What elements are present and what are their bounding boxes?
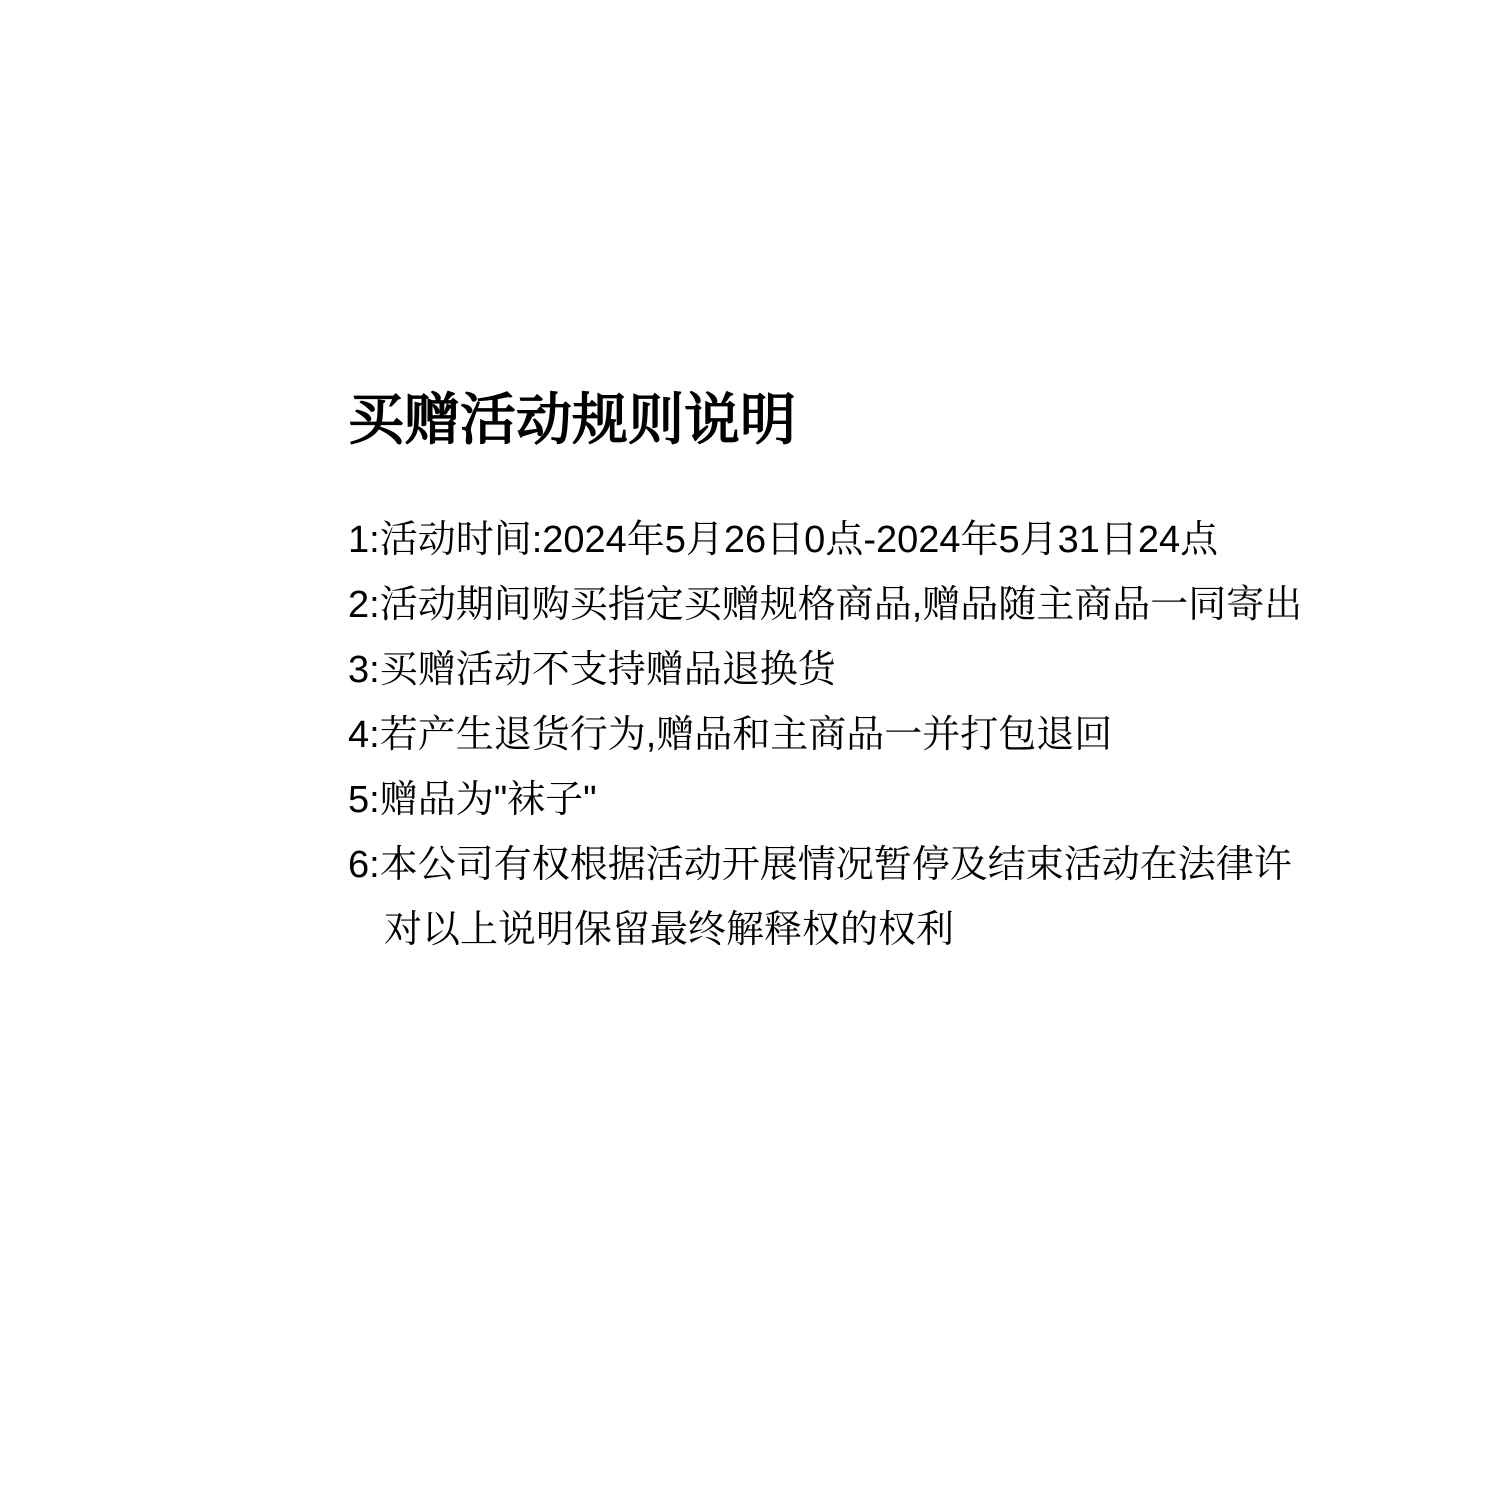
rule-line-4: 4:若产生退货行为,赠品和主商品一并打包退回 xyxy=(348,703,1228,768)
rule-line-6: 6:本公司有权根据活动开展情况暂停及结束活动在法律许 xyxy=(348,833,1228,898)
rules-list: 1:活动时间:2024年5月26日0点-2024年5月31日24点 2:活动期间… xyxy=(348,508,1228,963)
rule-line-6-continuation: 对以上说明保留最终解释权的权利 xyxy=(348,898,1228,963)
rule-line-3: 3:买赠活动不支持赠品退换货 xyxy=(348,638,1228,703)
promo-rules-page: 买赠活动规则说明 1:活动时间:2024年5月26日0点-2024年5月31日2… xyxy=(348,390,1228,963)
rule-line-2: 2:活动期间购买指定买赠规格商品,赠品随主商品一同寄出 xyxy=(348,573,1228,638)
rule-line-1: 1:活动时间:2024年5月26日0点-2024年5月31日24点 xyxy=(348,508,1228,573)
rule-line-5: 5:赠品为"袜子" xyxy=(348,768,1228,833)
page-title: 买赠活动规则说明 xyxy=(348,390,1228,450)
